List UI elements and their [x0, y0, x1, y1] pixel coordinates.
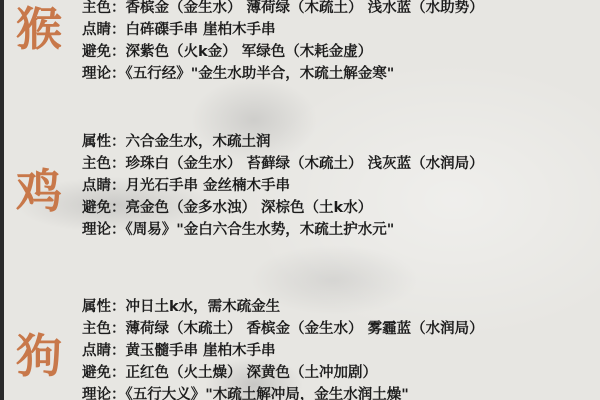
line-text: 六合金生水，木疏土润: [126, 134, 271, 150]
line-text: 深紫色（火k金） 军绿色（木耗金虚）: [126, 44, 373, 60]
line-label: 点睛：: [82, 22, 126, 38]
line-label: 避免：: [82, 200, 126, 216]
line-label: 理论：: [82, 66, 126, 82]
line-label: 点睛：: [82, 343, 126, 359]
line-text: 薄荷绿（木疏土） 香槟金（金生水） 雾霾蓝（水润局）: [126, 321, 484, 337]
line-text: 亮金色（金多水浊） 深棕色（土k水）: [126, 200, 373, 216]
line-label: 理论：: [82, 387, 126, 400]
line-text: 《五行经》"金生水助半合，木疏土解金寒": [126, 66, 395, 82]
info-line-highlight: 点睛：月光石手串 金丝楠木手串: [82, 175, 484, 197]
line-text: 冲日土k水，需木疏金生: [126, 299, 281, 315]
line-text: 《五行大义》"木疏土解冲局，金生水润土燥": [126, 387, 409, 400]
line-text: 白砗磲手串 崖柏木手串: [126, 22, 276, 38]
line-label: 避免：: [82, 44, 126, 60]
line-label: 理论：: [82, 222, 126, 238]
info-line-avoid: 避免：深紫色（火k金） 军绿色（木耗金虚）: [82, 41, 484, 63]
zodiac-title: 狗: [16, 333, 62, 379]
info-line-main-color: 主色：香槟金（金生水） 薄荷绿（木疏土） 浅水蓝（水助势）: [82, 0, 484, 19]
line-text: 黄玉髓手串 崖柏木手串: [126, 343, 276, 359]
line-text: 珍珠白（金生水） 苔藓绿（木疏土） 浅灰蓝（水润局）: [126, 156, 484, 172]
info-line-theory: 理论：《五行经》"金生水助半合，木疏土解金寒": [82, 63, 484, 85]
zodiac-title: 猴: [16, 6, 62, 52]
info-line-highlight: 点睛：黄玉髓手串 崖柏木手串: [82, 340, 484, 362]
line-text: 正红色（火土燥） 深黄色（土冲加剧）: [126, 365, 378, 381]
info-line-main-color: 主色：珍珠白（金生水） 苔藓绿（木疏土） 浅灰蓝（水润局）: [82, 153, 484, 175]
info-lines: 属性：六合金生水，木疏土润 主色：珍珠白（金生水） 苔藓绿（木疏土） 浅灰蓝（水…: [82, 131, 484, 241]
line-text: 香槟金（金生水） 薄荷绿（木疏土） 浅水蓝（水助势）: [126, 0, 484, 16]
zodiac-title: 鸡: [16, 168, 62, 214]
info-line-attribute: 属性：冲日土k水，需木疏金生: [82, 296, 484, 318]
info-line-attribute: 属性：六合金生水，木疏土润: [82, 131, 484, 153]
line-label: 主色：: [82, 0, 126, 16]
info-line-highlight: 点睛：白砗磲手串 崖柏木手串: [82, 19, 484, 41]
line-label: 避免：: [82, 365, 126, 381]
info-lines: 主色：香槟金（金生水） 薄荷绿（木疏土） 浅水蓝（水助势） 点睛：白砗磲手串 崖…: [82, 0, 484, 85]
line-text: 月光石手串 金丝楠木手串: [126, 178, 291, 194]
line-label: 主色：: [82, 321, 126, 337]
line-label: 点睛：: [82, 178, 126, 194]
info-lines: 属性：冲日土k水，需木疏金生 主色：薄荷绿（木疏土） 香槟金（金生水） 雾霾蓝（…: [82, 296, 484, 400]
info-line-avoid: 避免：正红色（火土燥） 深黄色（土冲加剧）: [82, 362, 484, 384]
line-label: 属性：: [82, 299, 126, 315]
line-text: 《周易》"金白六合生水势，木疏土护水元": [126, 222, 395, 238]
info-line-theory: 理论：《周易》"金白六合生水势，木疏土护水元": [82, 219, 484, 241]
info-line-main-color: 主色：薄荷绿（木疏土） 香槟金（金生水） 雾霾蓝（水润局）: [82, 318, 484, 340]
info-line-theory: 理论：《五行大义》"木疏土解冲局，金生水润土燥": [82, 384, 484, 400]
info-line-avoid: 避免：亮金色（金多水浊） 深棕色（土k水）: [82, 197, 484, 219]
line-label: 属性：: [82, 134, 126, 150]
line-label: 主色：: [82, 156, 126, 172]
